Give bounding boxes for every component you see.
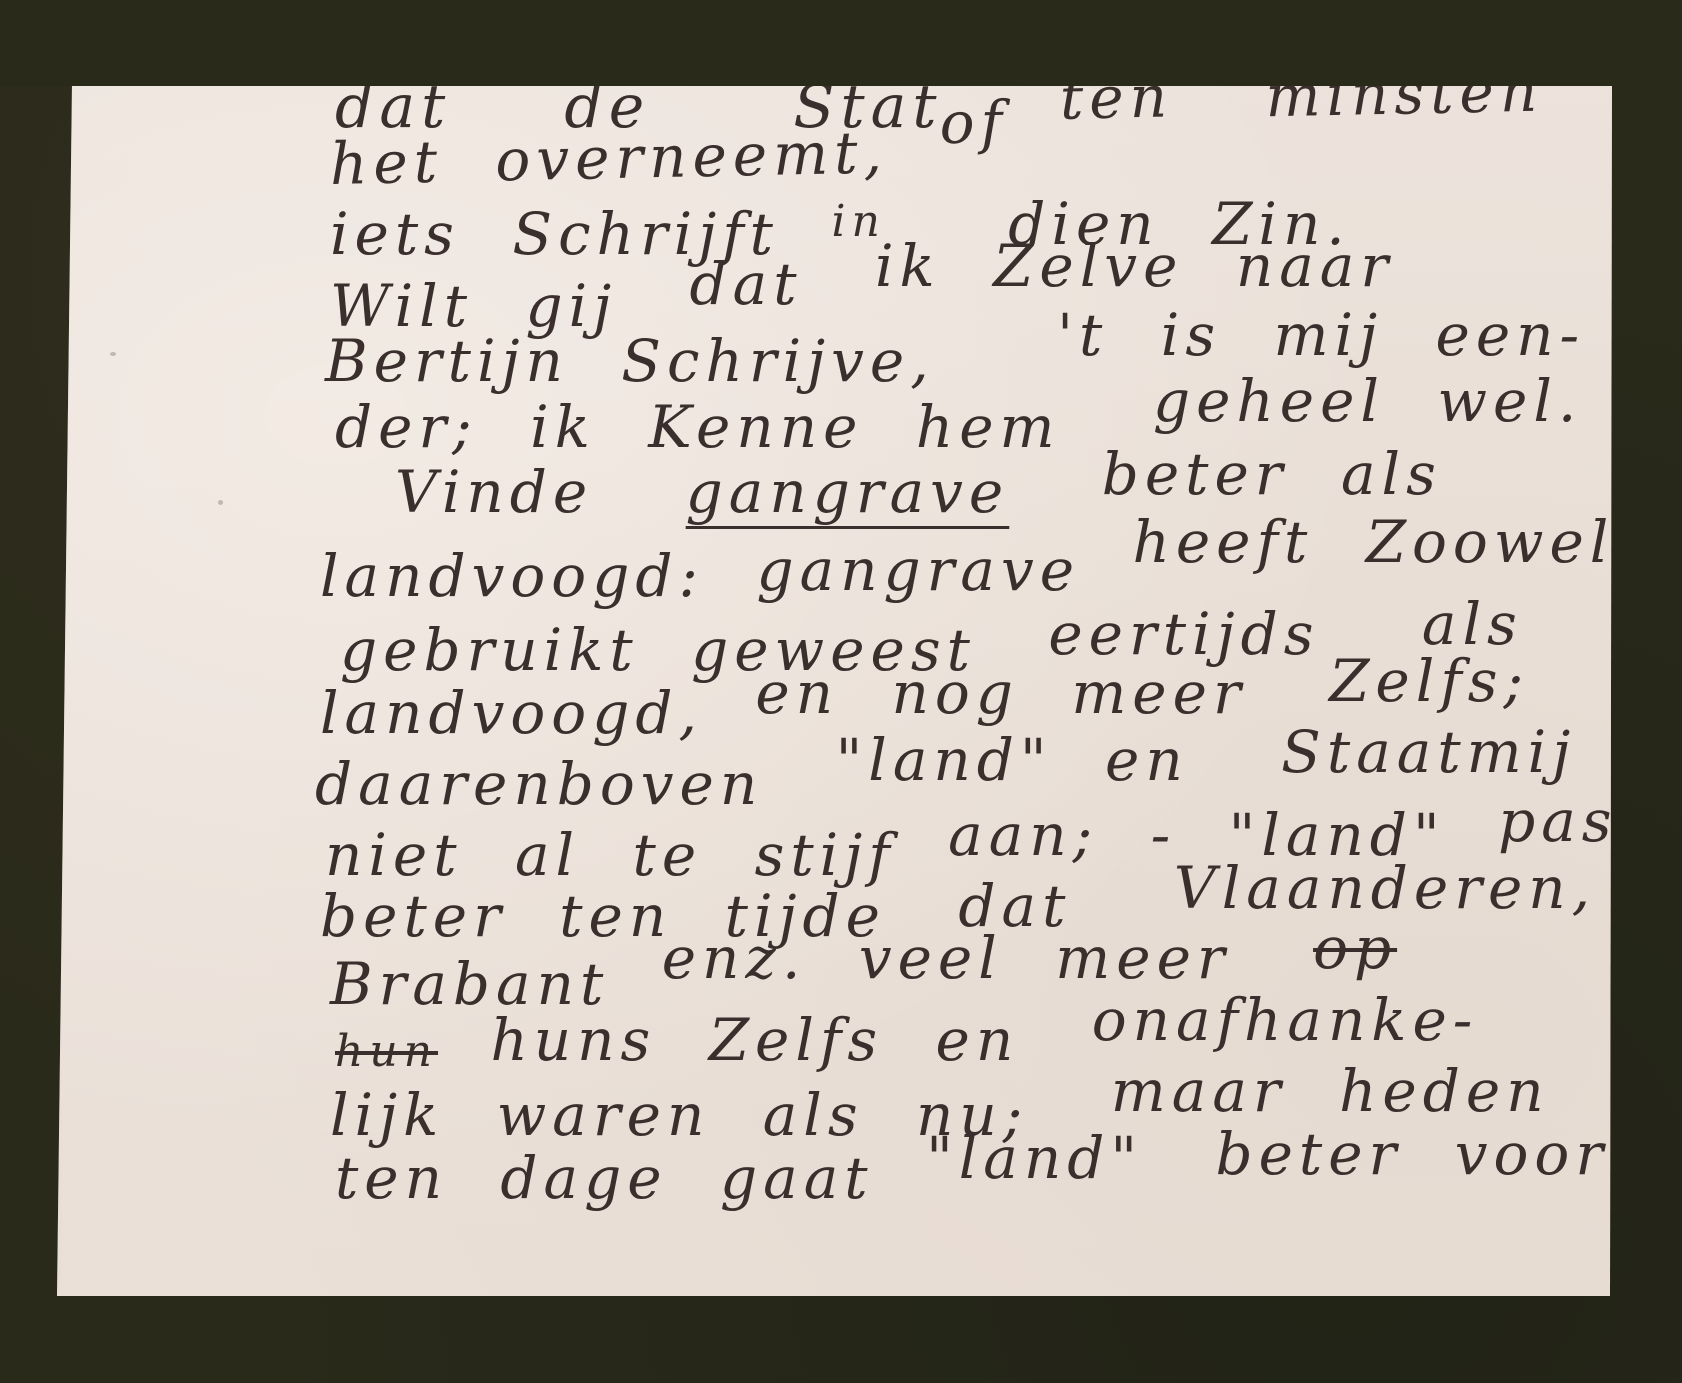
word: "land" <box>926 1124 1143 1192</box>
word: of <box>939 88 1009 157</box>
word: beter als <box>1102 440 1442 508</box>
word: onafhanke- <box>1092 986 1479 1054</box>
word: het overneemt, <box>329 118 888 198</box>
word: dat <box>690 250 803 318</box>
underlined-word: gangrave <box>686 458 1010 526</box>
word: 't is mij een- <box>1057 301 1585 369</box>
handwritten-line-7: landvoogd: gangrave heeft Zoowel <box>320 530 1614 598</box>
word: Zelfs; <box>1329 647 1529 715</box>
struck-word: op <box>1313 914 1397 982</box>
word: Vlaanderen, <box>1174 854 1596 922</box>
word: "land" en <box>836 726 1189 794</box>
word: eertijds <box>1048 600 1319 668</box>
handwritten-line-11: niet al te stijf aan; - "land" paste <box>325 795 1682 863</box>
word: heeft Zoowel <box>1132 508 1614 576</box>
word: maar heden <box>1111 1057 1550 1125</box>
word: Staatmij <box>1281 718 1576 786</box>
word: gangrave <box>756 536 1080 604</box>
word: beter voor <box>1215 1120 1609 1188</box>
word: ten dage gaat <box>335 1144 874 1212</box>
handwritten-line-16: ten dage gaat "land" beter voor <box>335 1130 1609 1198</box>
scan-top-edge <box>0 0 1682 86</box>
word: geheel wel. <box>1153 367 1582 435</box>
handwritten-line-12: beter ten tijde dat Vlaanderen, <box>320 860 1596 928</box>
word: ik Zelve naar <box>875 232 1394 300</box>
word: enz. veel meer <box>662 924 1231 992</box>
word: Vinde <box>395 458 593 526</box>
handwritten-line-10: daarenboven "land" en Staatmij <box>315 730 1576 798</box>
word: huns Zelfs en <box>490 1006 1019 1074</box>
paper-stain <box>110 352 116 356</box>
paper-stain <box>218 500 223 505</box>
word: en nog meer <box>755 659 1246 727</box>
word: der; ik Kenne hem <box>335 393 1061 461</box>
letter-page: dat de Stat het overneemt, of ten minste… <box>0 0 1682 1383</box>
